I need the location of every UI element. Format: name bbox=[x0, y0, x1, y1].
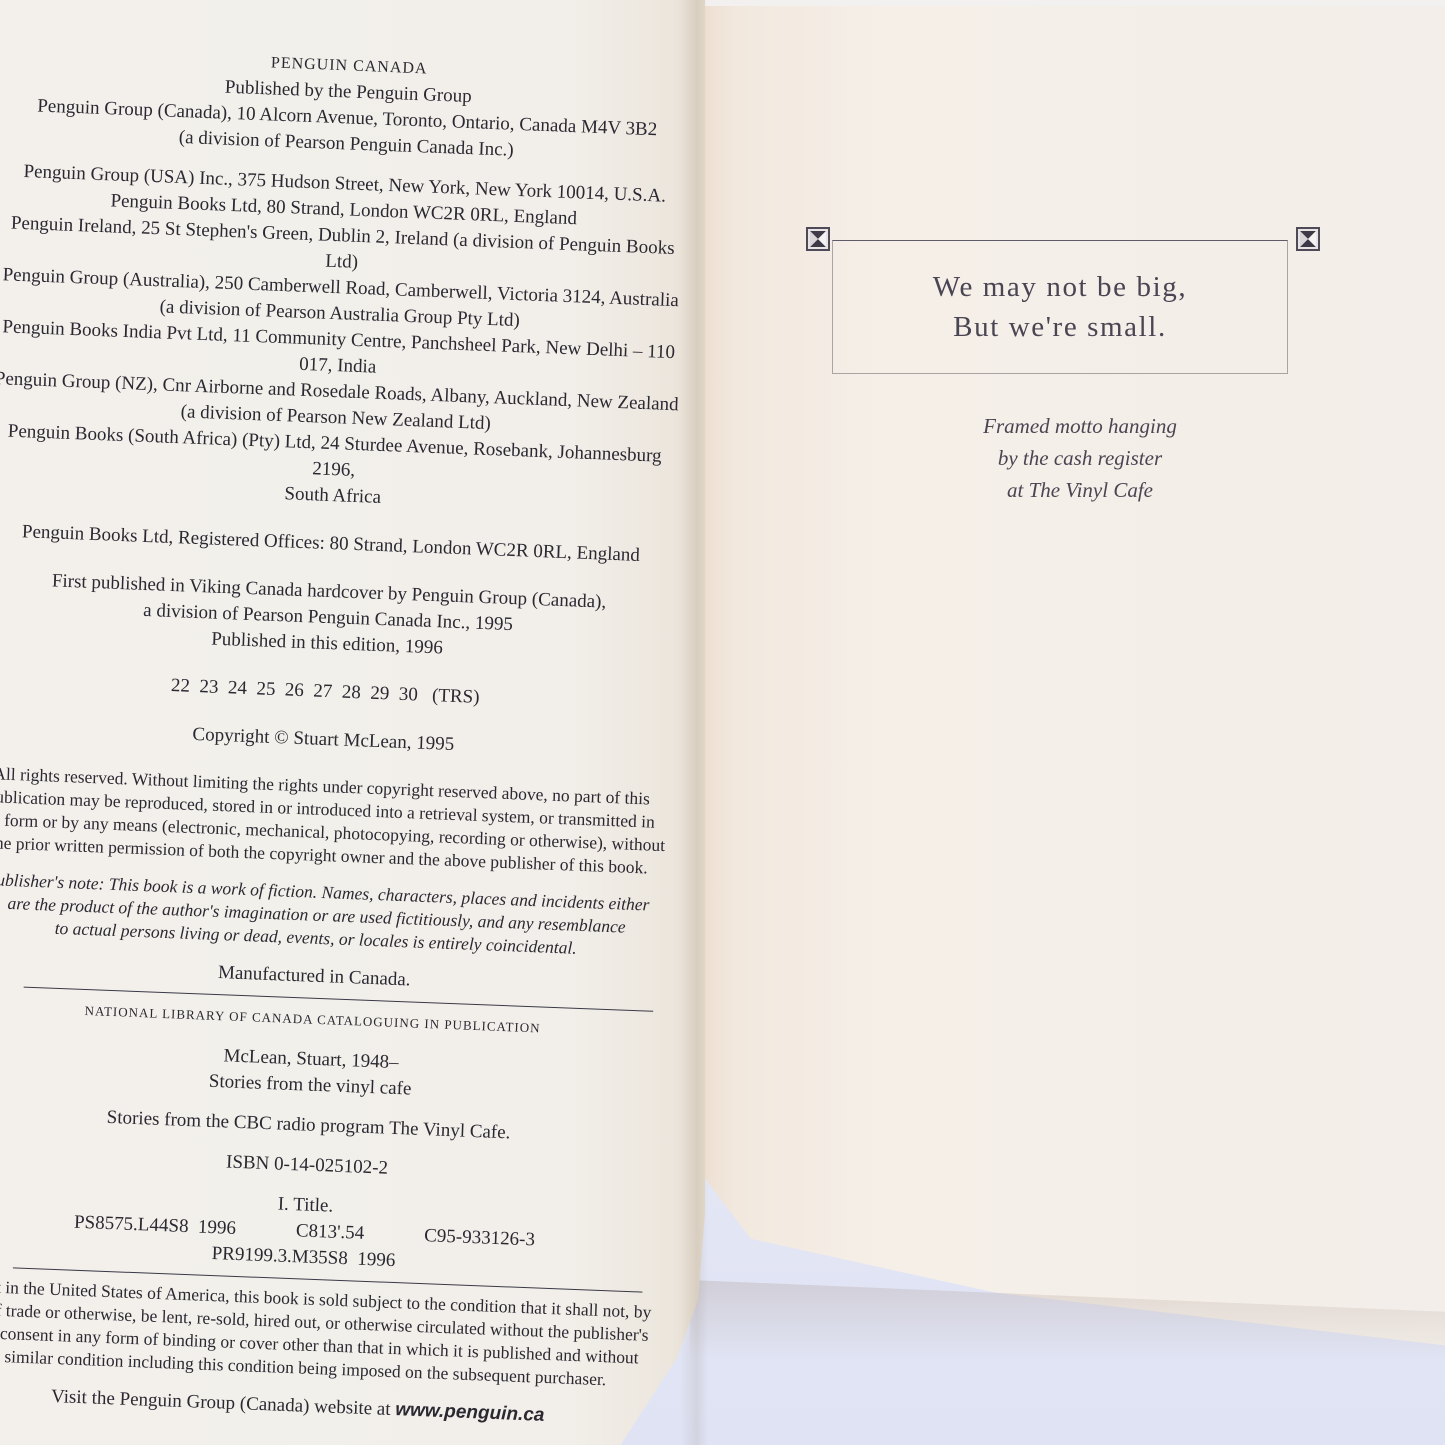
motto-caption: Framed motto hanging by the cash registe… bbox=[930, 410, 1230, 506]
cip-control-number: C95-933126-3 bbox=[424, 1223, 536, 1253]
website-link[interactable]: www.penguin.ca bbox=[395, 1399, 545, 1426]
motto-frame: We may not be big, But we're small. bbox=[832, 240, 1288, 374]
motto-line-2: But we're small. bbox=[833, 307, 1287, 347]
caption-line: by the cash register bbox=[930, 442, 1230, 474]
publisher-addresses: Penguin Group (Canada), 10 Alcorn Avenue… bbox=[0, 92, 697, 523]
caption-line: Framed motto hanging bbox=[930, 410, 1230, 442]
cip-block: NATIONAL LIBRARY OF CANADA CATALOGUING I… bbox=[0, 993, 663, 1284]
caption-line: at The Vinyl Cafe bbox=[930, 474, 1230, 506]
copyright-page-text: PENGUIN CANADA Published by the Penguin … bbox=[0, 40, 699, 1433]
right-page bbox=[690, 6, 1445, 1346]
motto-line-1: We may not be big, bbox=[833, 267, 1287, 307]
left-page-copyright: PENGUIN CANADA Published by the Penguin … bbox=[0, 0, 705, 1445]
frame-hook-left-icon bbox=[806, 227, 830, 251]
spine-shadow bbox=[680, 0, 708, 1445]
frame-hook-right-icon bbox=[1296, 227, 1320, 251]
motto-text: We may not be big, But we're small. bbox=[833, 267, 1287, 347]
cip-dewey: C813'.54 bbox=[295, 1218, 364, 1247]
